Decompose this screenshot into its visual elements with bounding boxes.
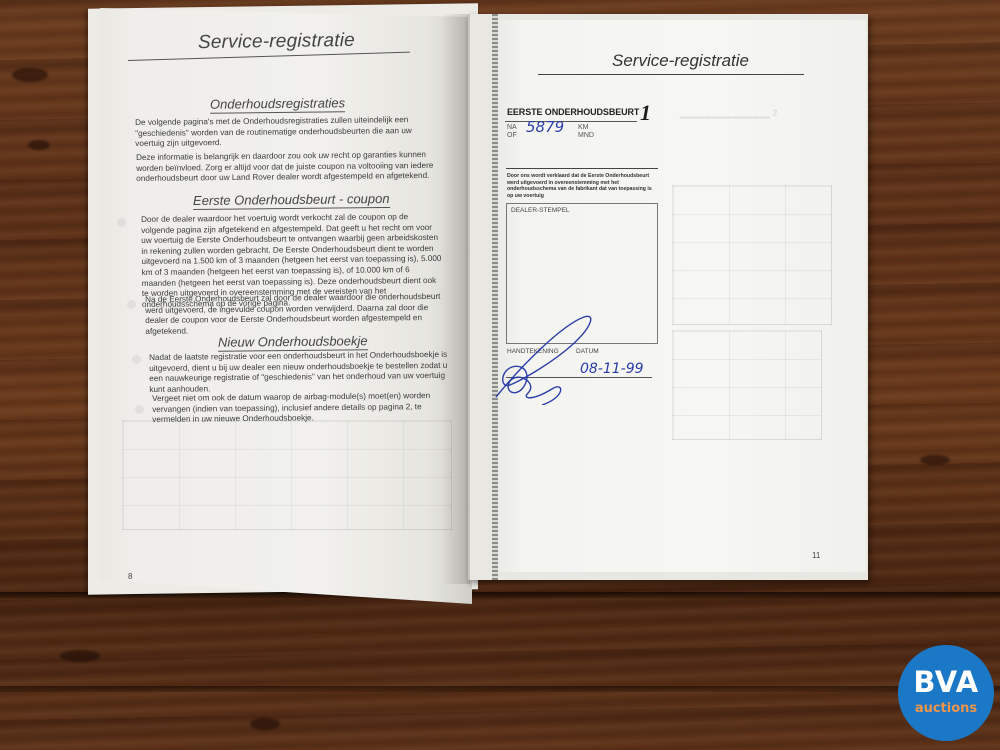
bleed-through-dot	[117, 218, 126, 227]
left-page-number: 8	[128, 572, 132, 581]
logo-brand-text: BVA	[898, 665, 994, 699]
paragraph: De volgende pagina's met de Onderhoudsre…	[135, 115, 435, 150]
booklet-binding	[492, 14, 498, 580]
paragraph: Na de Eerste Onderhoudsbeurt zal door de…	[145, 292, 445, 338]
wood-knot	[12, 68, 48, 82]
section-heading-eerste-onderhoudsbeurt: Eerste Onderhoudsbeurt - coupon	[193, 191, 390, 210]
bleed-through-dot	[132, 355, 141, 364]
paragraph: Vergeet niet om ook de datum waarop de a…	[152, 391, 452, 426]
bleed-through-dot	[127, 300, 136, 309]
bleed-through-form	[672, 330, 822, 440]
handwritten-km: 5879	[526, 118, 564, 136]
bleed-through-table	[122, 420, 452, 530]
bleed-through-form	[672, 185, 832, 325]
section-heading-onderhoudsregistraties: Onderhoudsregistraties	[210, 95, 345, 113]
left-page-title: Service-registratie	[198, 30, 355, 54]
label-km: KM	[578, 124, 589, 132]
label-mnd: MND	[578, 132, 594, 140]
coupon-title: EERSTE ONDERHOUDSBEURT	[507, 107, 639, 117]
coupon-title-rule	[505, 121, 637, 122]
dealer-stamp-label: DEALER-STEMPEL	[511, 207, 570, 214]
section-heading-nieuw-onderhoudsboekje: Nieuw Onderhoudsboekje	[218, 333, 368, 352]
right-title-rule	[538, 74, 804, 75]
right-page-title: Service-registratie	[612, 51, 749, 71]
handwritten-signature	[492, 305, 602, 405]
bleed-through-dot	[135, 405, 144, 414]
declaration-rule	[506, 168, 658, 169]
wood-knot	[250, 718, 280, 730]
paragraph: Nadat de laatste registratie voor een on…	[149, 350, 449, 396]
logo-sub-text: auctions	[898, 701, 994, 716]
bva-auctions-logo: BVA auctions	[898, 645, 994, 741]
coupon-number: 1	[640, 100, 651, 126]
bleed-through-heading: ▁▁▁▁▁▁▁▁▁▁▁▁▁ 2	[680, 108, 777, 119]
label-na: NA	[507, 124, 517, 132]
paragraph: Deze informatie is belangrijk en daardoo…	[136, 150, 436, 185]
label-of: OF	[507, 132, 517, 140]
declaration-text: Door ons wordt verklaard dat de Eerste O…	[507, 173, 659, 200]
table-plank-seam	[0, 686, 1000, 692]
right-page-number: 11	[812, 551, 820, 560]
wood-knot	[60, 650, 100, 662]
wood-knot	[920, 455, 950, 465]
wood-knot	[28, 140, 50, 150]
